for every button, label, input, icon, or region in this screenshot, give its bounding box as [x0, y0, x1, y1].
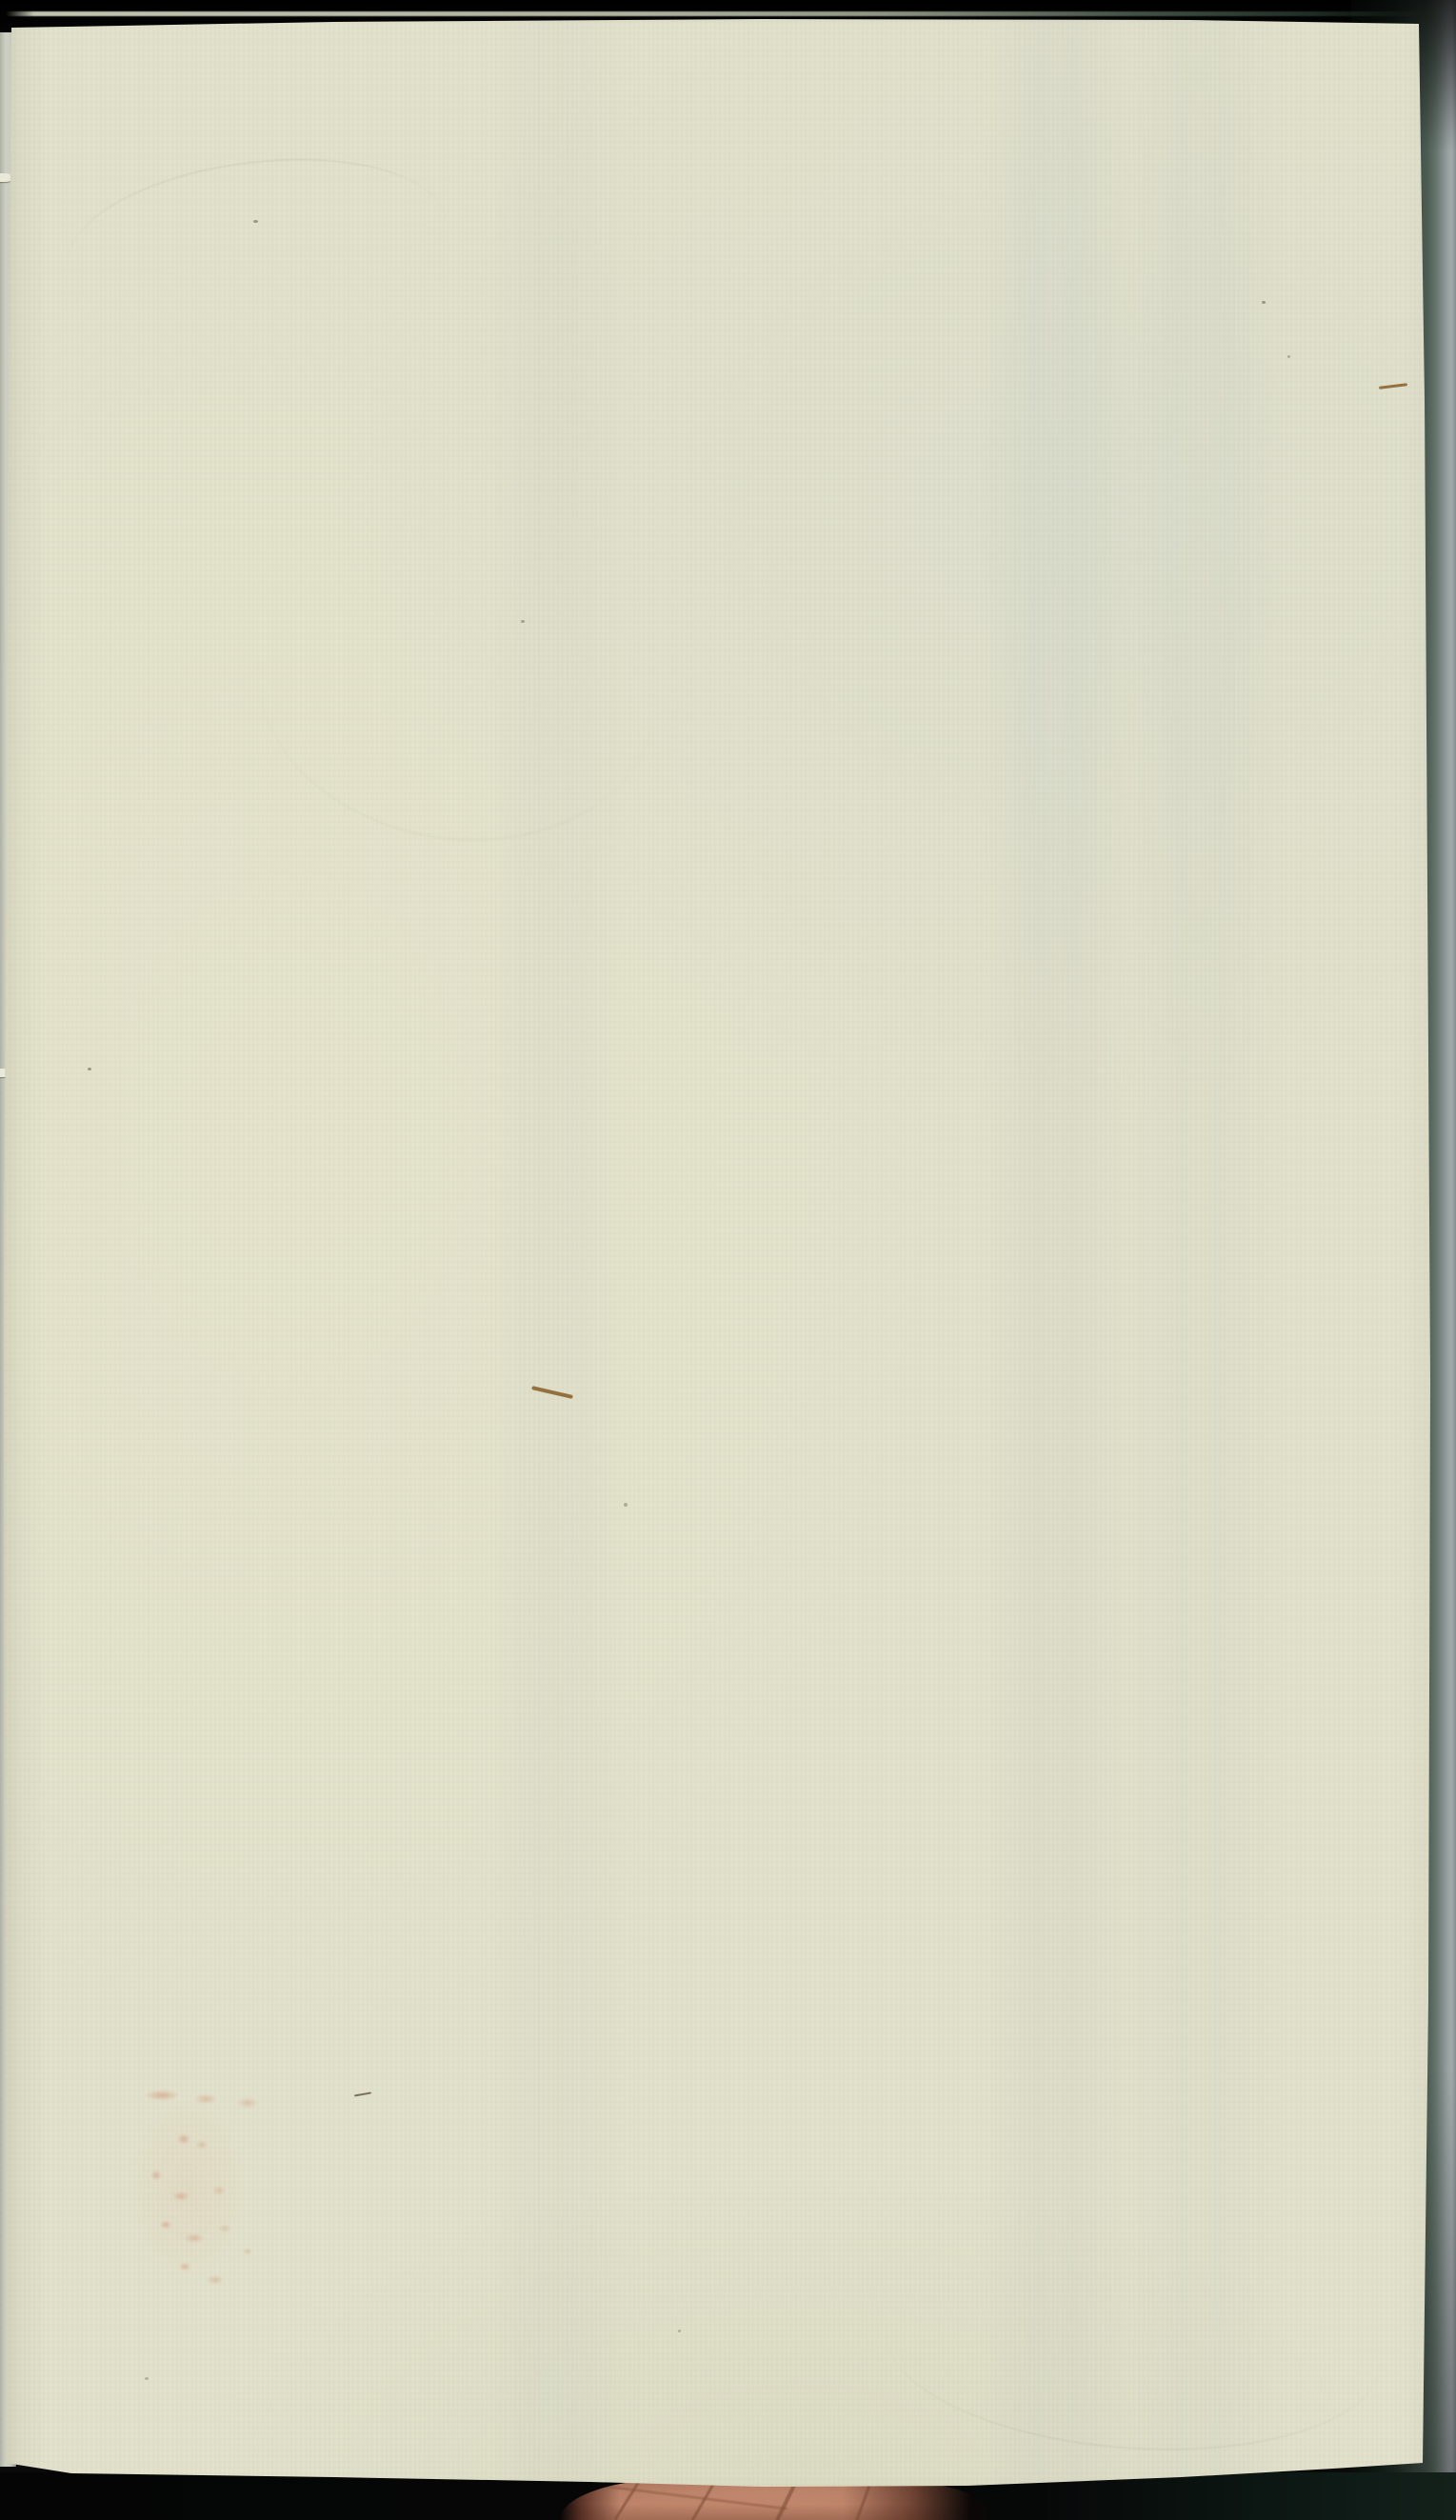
paper-speck — [253, 220, 258, 223]
finger-crease — [613, 2478, 642, 2520]
paper-speck — [521, 620, 525, 623]
paper-crease — [58, 139, 456, 347]
page-stack-top-edge — [6, 11, 1423, 16]
finger-crease — [589, 2483, 788, 2510]
paper-fiber — [1379, 383, 1407, 390]
paper-fiber — [354, 2091, 371, 2096]
paper-speck — [678, 2330, 681, 2332]
paper-fiber — [531, 1386, 573, 1399]
book-scan — [0, 0, 1456, 2520]
paper-crease — [235, 504, 678, 869]
paper-speck — [88, 1068, 91, 1070]
paper-speck — [145, 2377, 149, 2380]
blank-flyleaf-page — [0, 0, 1456, 2520]
paper-speck — [624, 1503, 628, 1507]
red-ink-offset-stain — [131, 2084, 298, 2303]
paper-crease — [879, 2230, 1386, 2466]
paper-speck — [1262, 301, 1266, 304]
paper-speck — [1287, 355, 1290, 358]
